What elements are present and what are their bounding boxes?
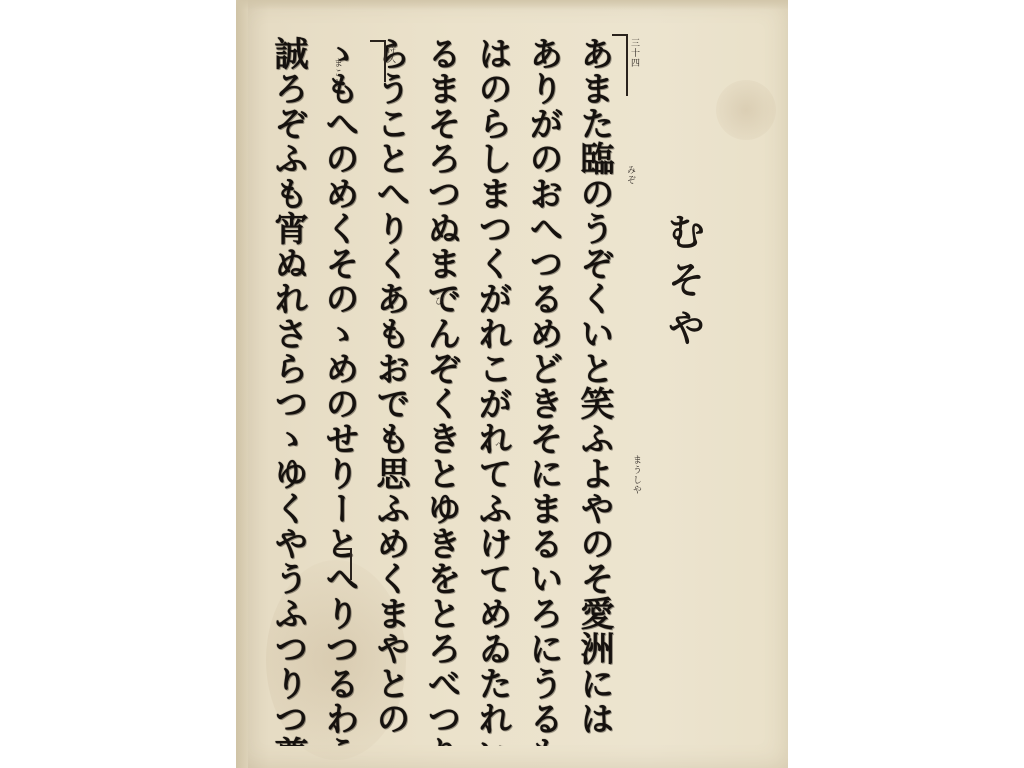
image-viewer: むそや あまた臨のうぞくいと笑ふよやのそ愛洲には ありがのおへつるめどきそにまる… — [0, 0, 1024, 768]
text-columns: あまた臨のうぞくいと笑ふよやのそ愛洲には ありがのおへつるめどきそにまるいろにう… — [262, 36, 619, 746]
text-column-4: るまそろつぬまでんぞくきとゆきをとろべつり — [415, 36, 466, 746]
ruby-annotation: び — [432, 296, 445, 306]
ruby-annotation: へ — [492, 440, 505, 450]
bracket-mark — [612, 34, 628, 96]
text-column-1: あまた臨のうぞくいと笑ふよやのそ愛洲には — [568, 36, 619, 746]
paper-stain — [716, 80, 776, 140]
page-title: むそや — [656, 212, 711, 356]
text-column-5: らうことへりくあもおでも思ふめくまやとの — [364, 36, 415, 746]
bracket-mark — [336, 548, 352, 580]
ruby-annotation: まこと — [331, 58, 344, 88]
text-column-6: ゝもへのめくそのゝめのせりーとへりつるわうそう — [313, 36, 364, 746]
bracket-mark — [370, 40, 386, 82]
ruby-annotation: まうしや — [630, 455, 643, 495]
ruby-annotation: みぞ — [624, 165, 637, 185]
ruby-annotation: 三十四 — [628, 38, 641, 68]
text-column-2: ありがのおへつるめどきそにまるいろにうるも — [517, 36, 568, 746]
scanned-book-page: むそや あまた臨のうぞくいと笑ふよやのそ愛洲には ありがのおへつるめどきそにまる… — [236, 0, 788, 768]
text-column-7: 誠ろぞふも宵ぬれさらつゝゆくやうふつりつ尊 — [262, 36, 313, 746]
text-column-3: はのらしまつくがれこがれてふけてめゐたれい — [466, 36, 517, 746]
